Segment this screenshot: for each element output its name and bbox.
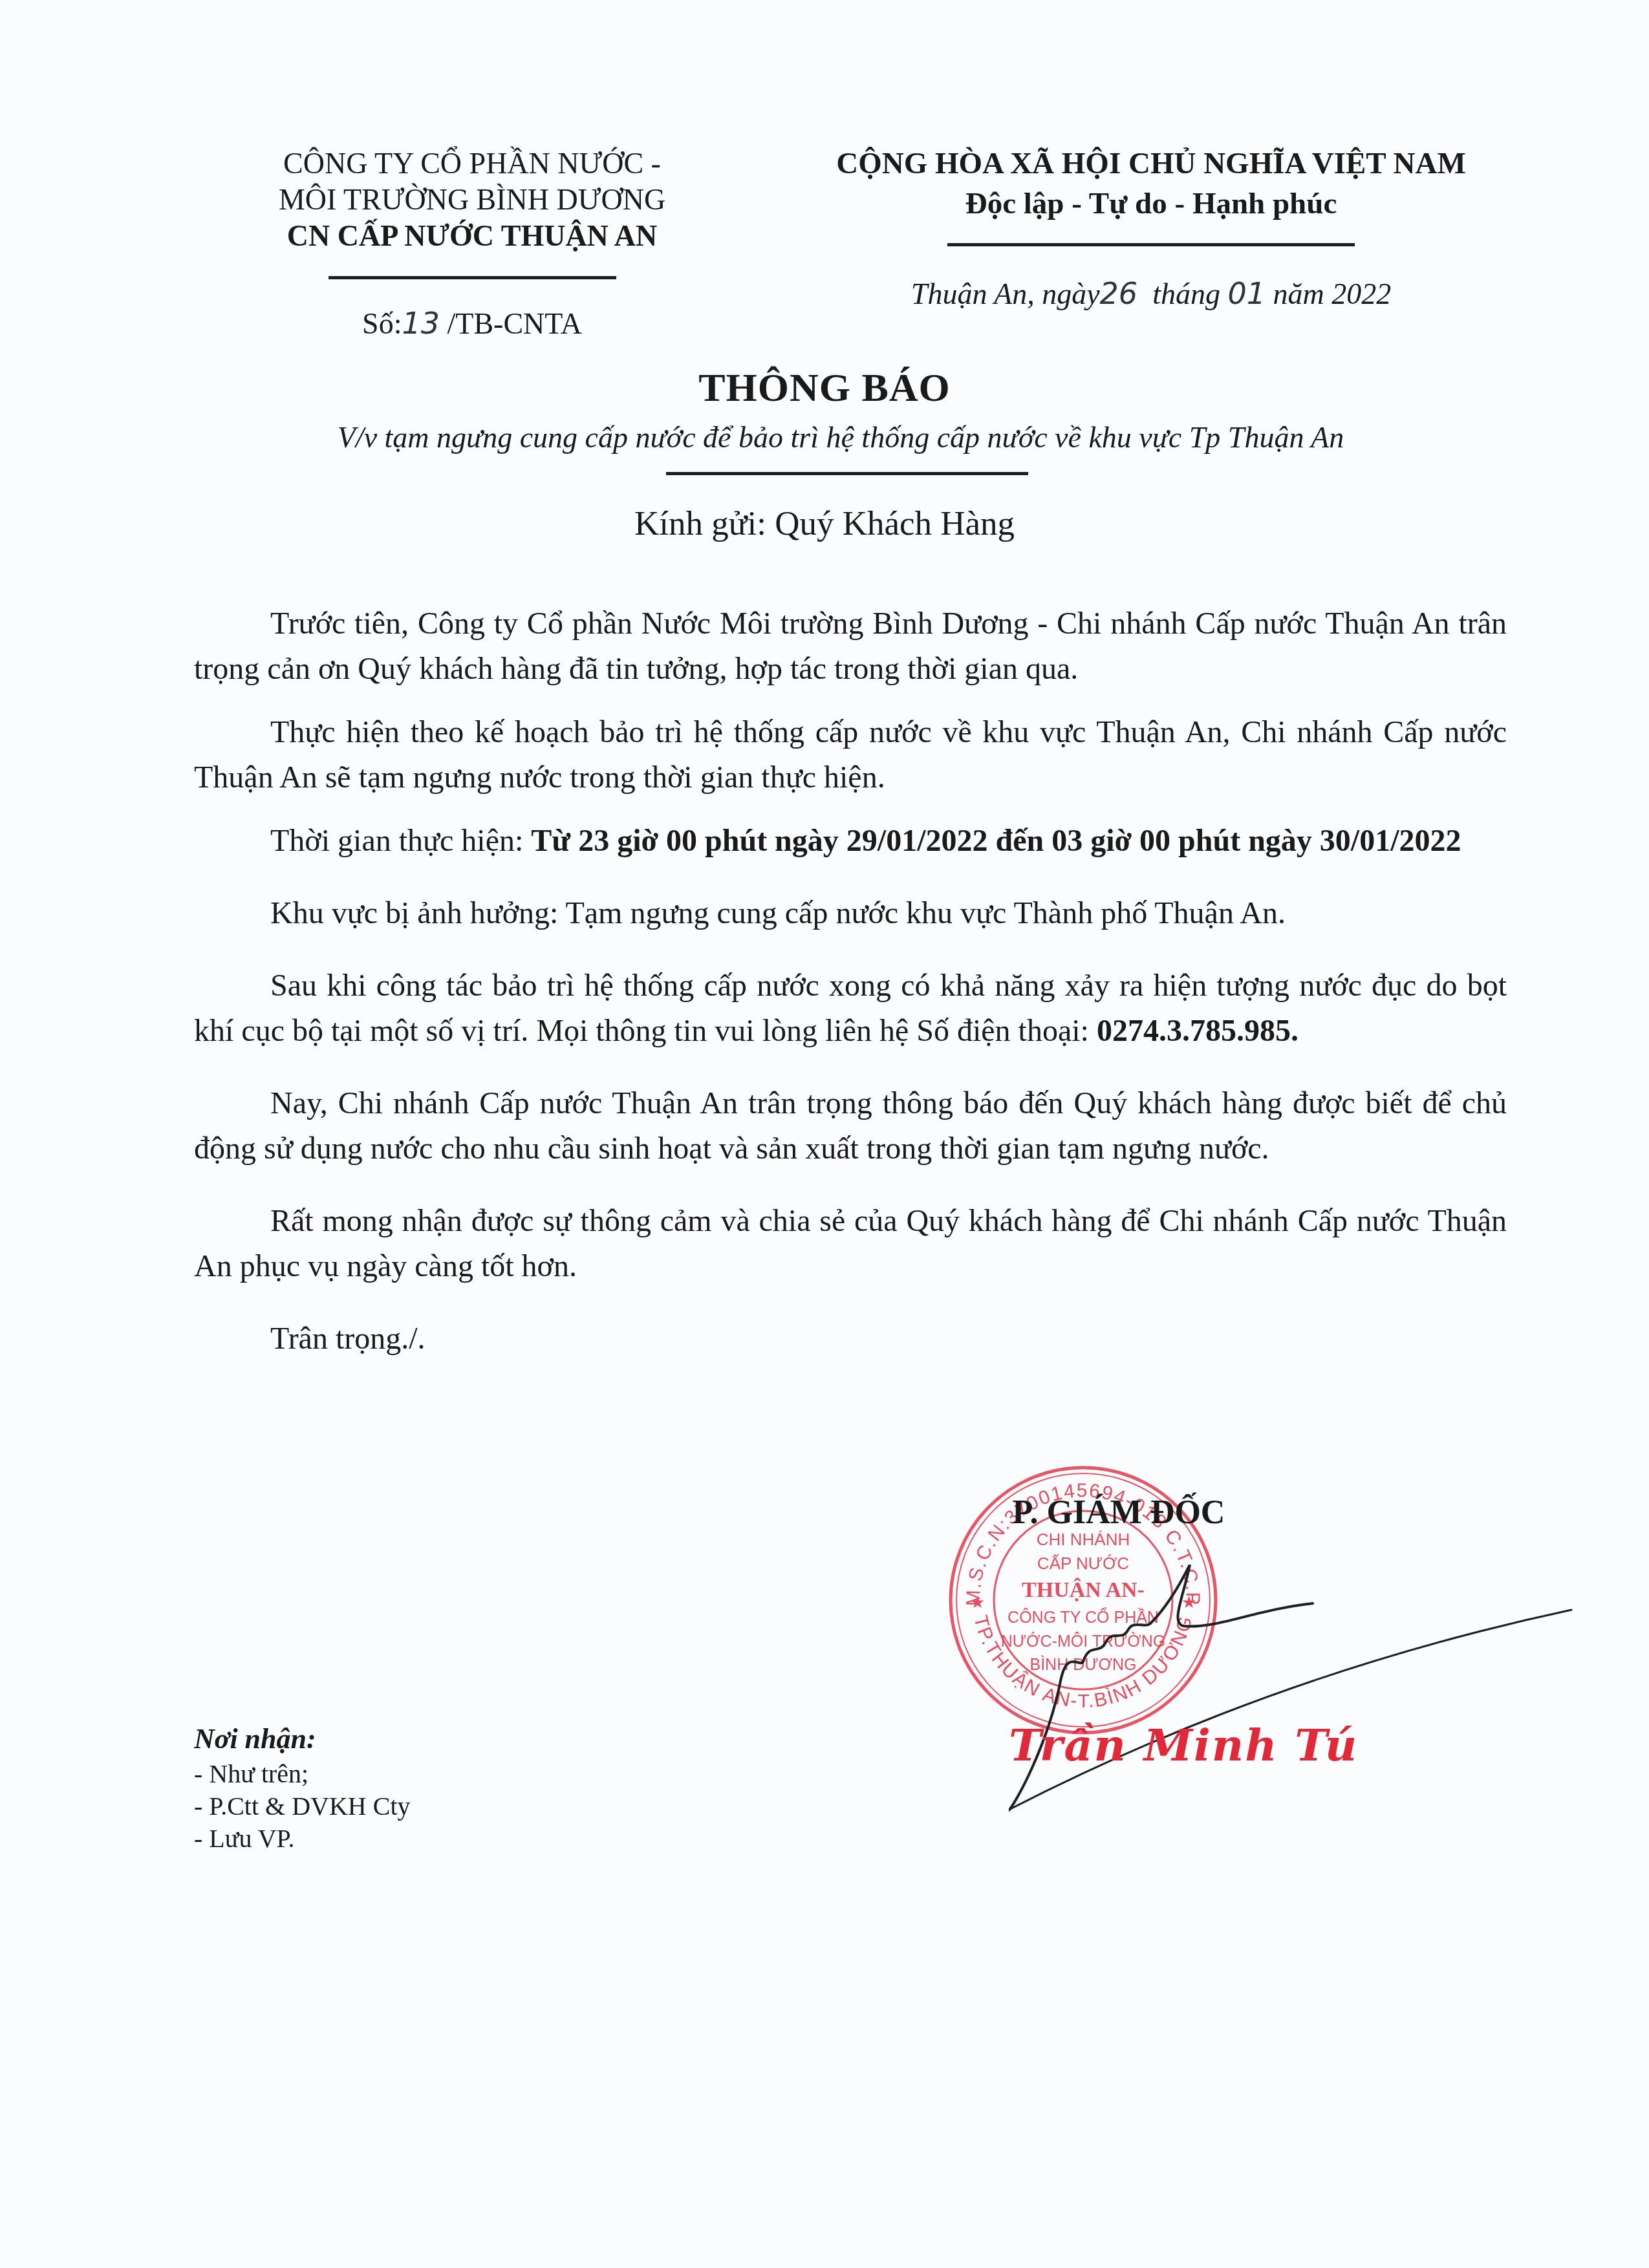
signer-name: Trần Minh Tú [1009, 1720, 1358, 1771]
notice-text: Sau khi công tác bảo trì hệ thống cấp nư… [194, 968, 1507, 1048]
handwritten-signature [1009, 1565, 1578, 1836]
paragraph-inform: Nay, Chi nhánh Cấp nước Thuận An trân tr… [194, 1081, 1507, 1171]
issue-date: Thuận An, ngày26 tháng 01 năm 2022 [786, 273, 1516, 314]
schedule-value: Từ 23 giờ 00 phút ngày 29/01/2022 đến 03… [531, 824, 1461, 858]
recipient-item: - Như trên; [194, 1758, 411, 1790]
recipient-item: - P.Ctt & DVKH Cty [194, 1790, 411, 1823]
paragraph-notice: Sau khi công tác bảo trì hệ thống cấp nư… [194, 963, 1507, 1054]
date-month: 01 [1227, 276, 1266, 311]
motto-divider [947, 243, 1355, 246]
document-title: THÔNG BÁO [0, 365, 1649, 411]
issuer-header: CÔNG TY CỔ PHẦN NƯỚC - MÔI TRƯỜNG BÌNH D… [194, 145, 750, 342]
number-label: Số: [362, 307, 402, 340]
paragraph-plan: Thực hiện theo kế hoạch bảo trì hệ thống… [194, 710, 1507, 800]
date-prefix: Thuận An, ngày [911, 277, 1100, 310]
document-subject: V/v tạm ngưng cung cấp nước để bảo trì h… [194, 420, 1487, 455]
date-year: năm 2022 [1273, 277, 1391, 310]
subject-divider [666, 472, 1028, 475]
schedule-label: Thời gian thực hiện: [270, 824, 531, 858]
company-name-line2: MÔI TRƯỜNG BÌNH DƯƠNG [194, 182, 750, 218]
company-name-line1: CÔNG TY CỔ PHẦN NƯỚC - [194, 145, 750, 182]
national-header: CỘNG HÒA XÃ HỘI CHỦ NGHĨA VIỆT NAM Độc l… [786, 144, 1516, 314]
date-day: 26 [1100, 276, 1138, 311]
national-motto: Độc lập - Tự do - Hạnh phúc [786, 184, 1516, 224]
number-value: 13 [402, 306, 440, 341]
paragraph-schedule: Thời gian thực hiện: Từ 23 giờ 00 phút n… [194, 818, 1507, 864]
paragraph-appreciation: Rất mong nhận được sự thông cảm và chia … [194, 1199, 1507, 1289]
number-suffix: /TB-CNTA [447, 307, 582, 340]
greeting: Kính gửi: Quý Khách Hàng [0, 504, 1649, 543]
paragraph-thanks: Trước tiên, Công ty Cổ phần Nước Môi trư… [194, 601, 1507, 692]
branch-name: CN CẤP NƯỚC THUẬN AN [194, 218, 750, 254]
recipients-heading: Nơi nhận: [194, 1723, 411, 1755]
country-name: CỘNG HÒA XÃ HỘI CHỦ NGHĨA VIỆT NAM [786, 144, 1516, 184]
recipient-item: - Lưu VP. [194, 1823, 411, 1855]
signatory-title: P. GIÁM ĐỐC [834, 1493, 1403, 1532]
header-divider [329, 276, 616, 279]
svg-text:★: ★ [970, 1592, 985, 1612]
notice-end: . [1291, 1014, 1299, 1048]
document-body: Trước tiên, Công ty Cổ phần Nước Môi trư… [194, 601, 1507, 1380]
paragraph-affected-area: Khu vực bị ảnh hưởng: Tạm ngưng cung cấp… [194, 891, 1507, 936]
recipients-block: Nơi nhận: - Như trên; - P.Ctt & DVKH Cty… [194, 1723, 411, 1855]
document-number: Số:13 /TB-CNTA [194, 305, 750, 342]
svg-text:CHI NHÁNH: CHI NHÁNH [1037, 1530, 1130, 1549]
date-month-label: tháng [1152, 277, 1220, 310]
contact-phone: 0274.3.785.985 [1097, 1014, 1291, 1048]
closing: Trân trọng./. [194, 1316, 1507, 1362]
